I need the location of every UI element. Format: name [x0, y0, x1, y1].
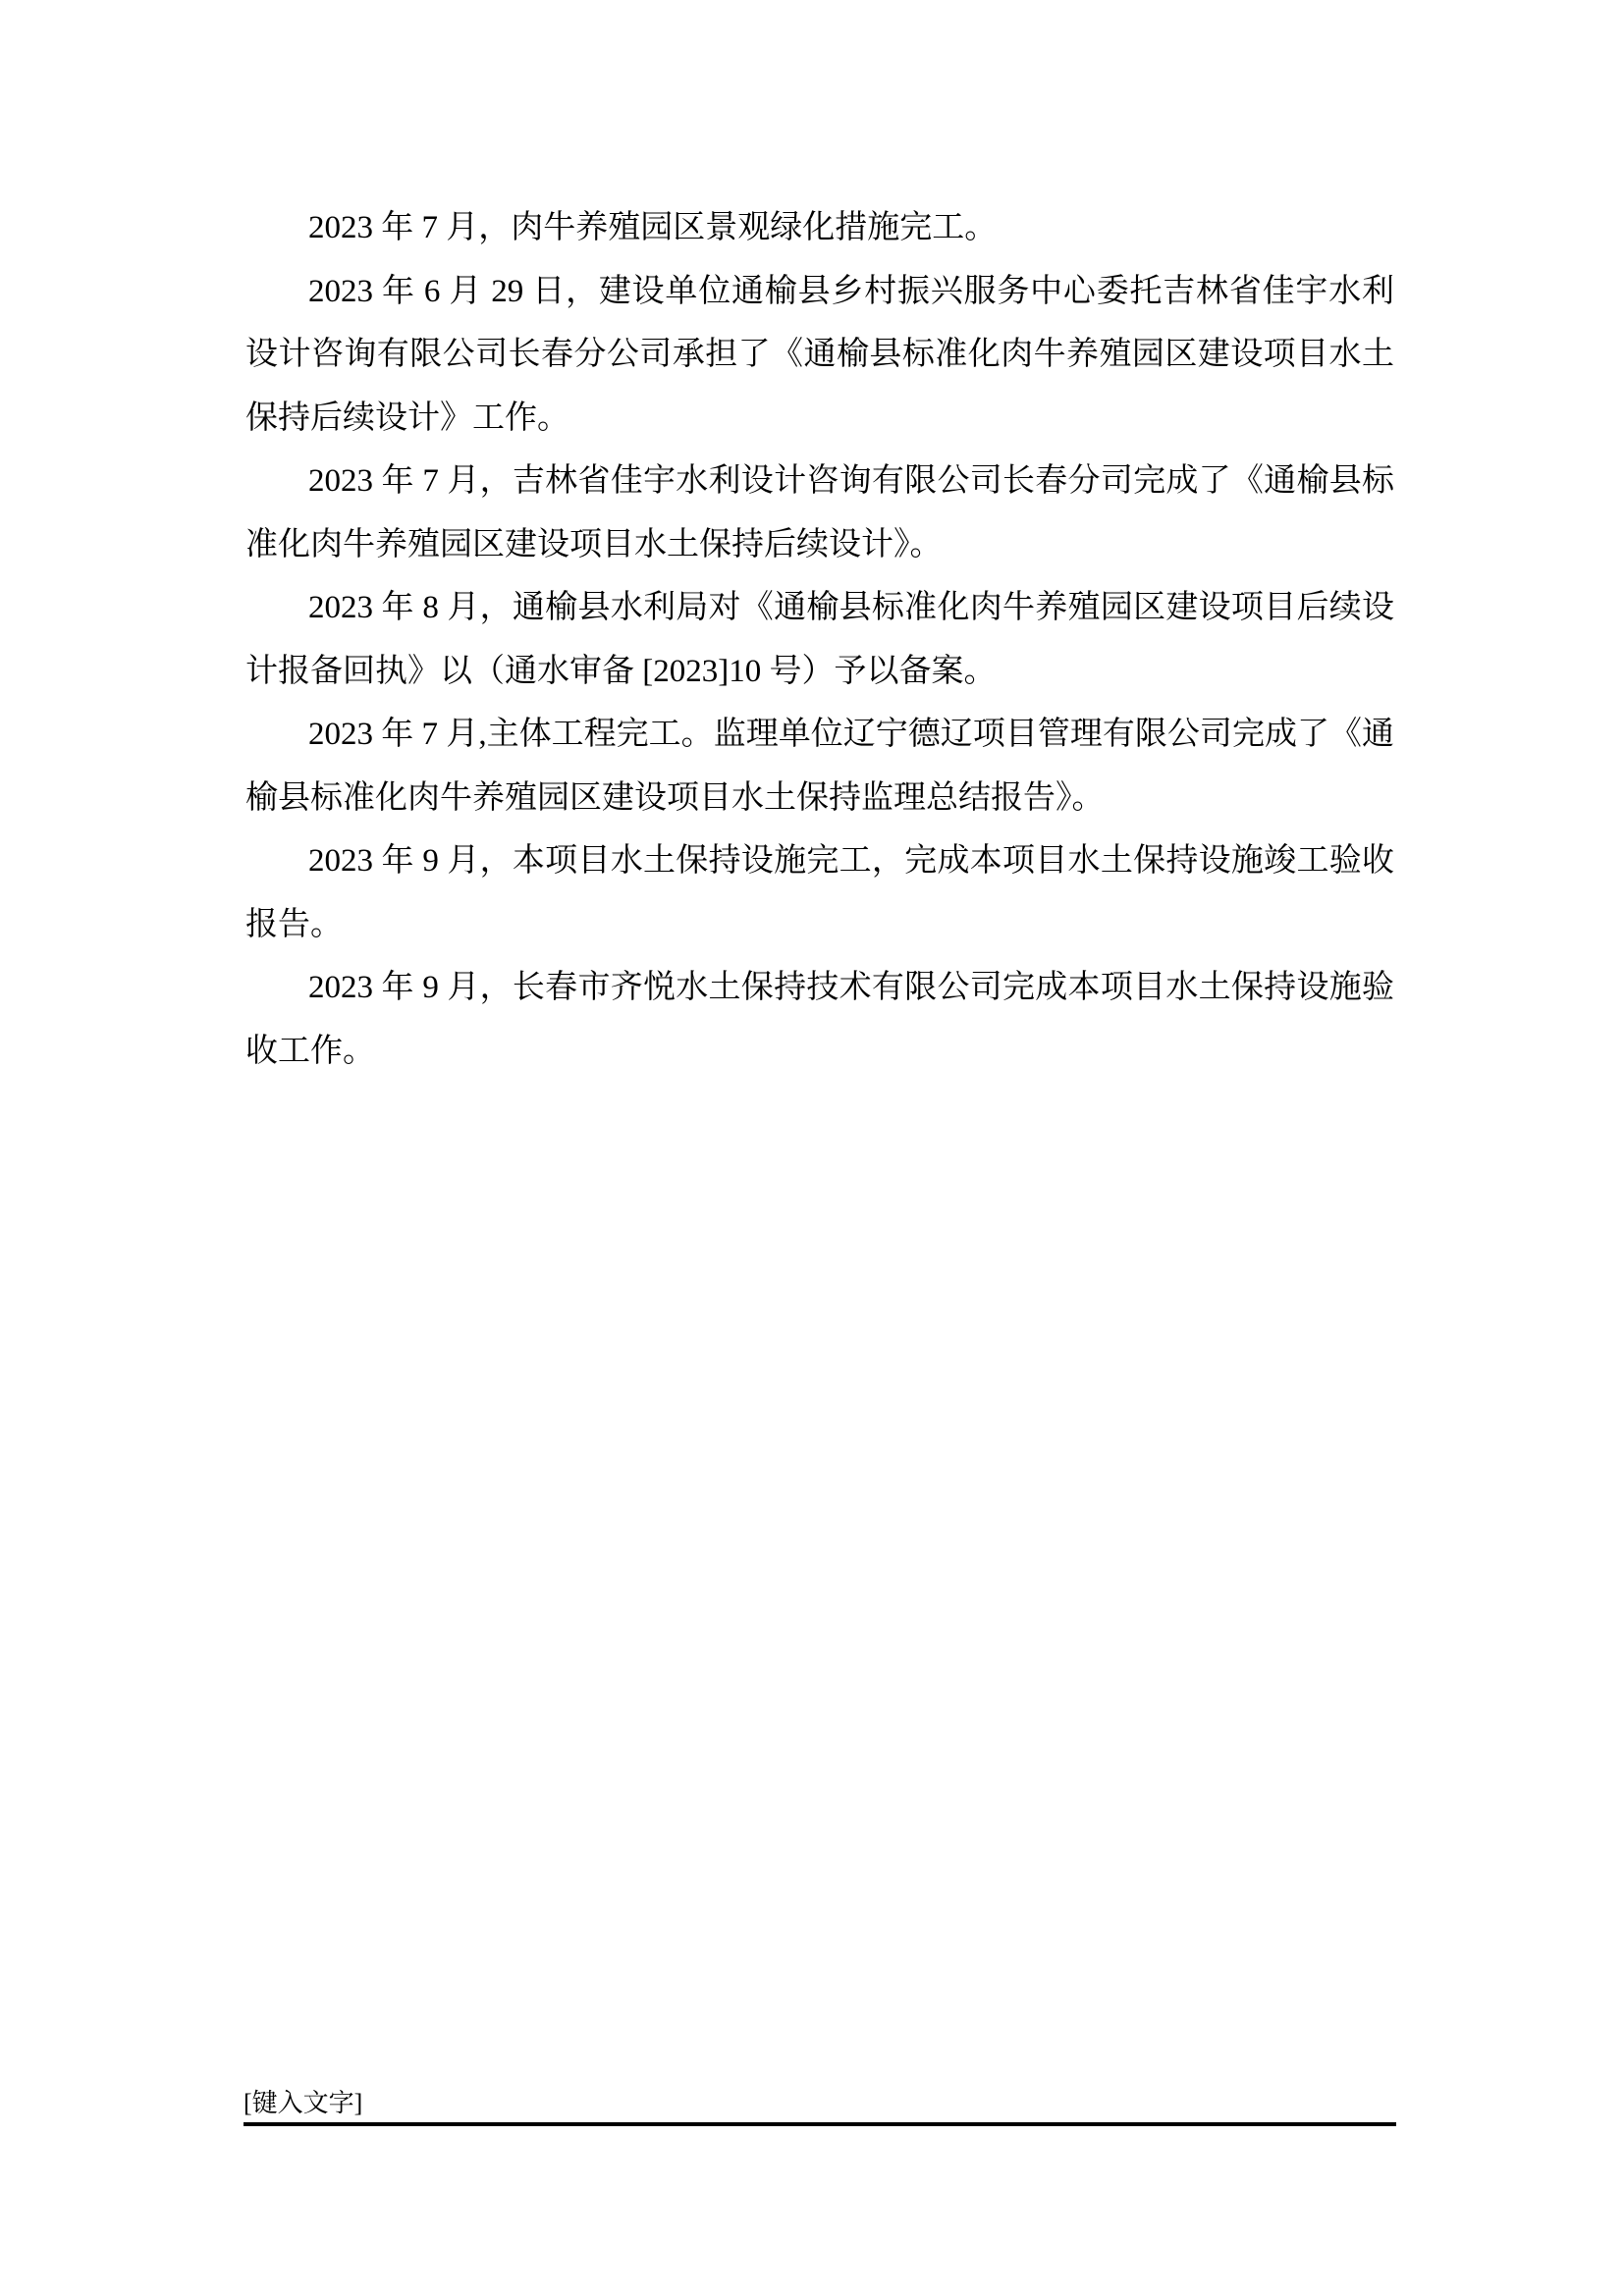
paragraph-timeline-entry: 2023 年 9 月，长春市齐悦水土保持技术有限公司完成本项目水土保持设施验收工… [245, 956, 1394, 1083]
document-page: 2023 年 7 月，肉牛养殖园区景观绿化措施完工。 2023 年 6 月 29… [0, 0, 1624, 2296]
paragraph-timeline-entry: 2023 年 7 月，肉牛养殖园区景观绿化措施完工。 [245, 196, 1394, 260]
paragraph-timeline-entry: 2023 年 7 月，吉林省佳宇水利设计咨询有限公司长春分司完成了《通榆县标准化… [245, 450, 1394, 576]
paragraph-timeline-entry: 2023 年 6 月 29 日，建设单位通榆县乡村振兴服务中心委托吉林省佳宇水利… [245, 260, 1394, 451]
body-text: 2023 年 7 月，肉牛养殖园区景观绿化措施完工。 2023 年 6 月 29… [245, 196, 1394, 1083]
paragraph-timeline-entry: 2023 年 7 月,主体工程完工。监理单位辽宁德辽项目管理有限公司完成了《通榆… [245, 703, 1394, 829]
paragraph-timeline-entry: 2023 年 8 月，通榆县水利局对《通榆县标准化肉牛养殖园区建设项目后续设计报… [245, 576, 1394, 703]
page-footer: [键入文字] [244, 2089, 1396, 2126]
paragraph-timeline-entry: 2023 年 9 月，本项目水土保持设施完工，完成本项目水土保持设施竣工验收报告… [245, 829, 1394, 956]
footer-text-placeholder[interactable]: [键入文字] [244, 2089, 362, 2117]
